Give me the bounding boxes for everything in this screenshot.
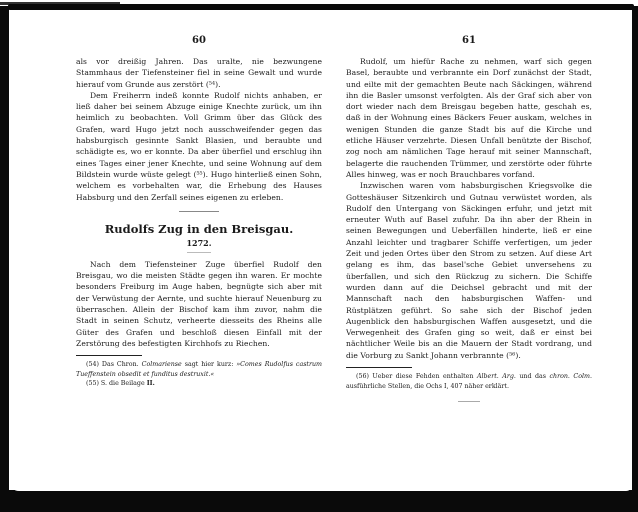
footnote-latin: Colmariense: [142, 361, 182, 368]
paragraph: Nach dem Tiefensteiner Zuge überfiel Rud…: [76, 259, 322, 349]
section-body: Nach dem Tiefensteiner Zuge überfiel Rud…: [76, 259, 322, 349]
footnote-56: (56) Ueber diese Fehden enthalten Albert…: [346, 372, 592, 391]
footnote-text: und das: [516, 373, 550, 380]
footnote-55: (55) S. die Beilage II.: [76, 379, 322, 389]
footnote-text: (55) S. die Beilage: [86, 380, 147, 387]
paragraph: Rudolf, um hiefür Rache zu nehmen, warf …: [346, 56, 592, 180]
page-number: 61: [346, 35, 592, 46]
right-page: 61 Rudolf, um hiefür Rache zu nehmen, wa…: [346, 35, 592, 402]
footnote-latin: chron. Colm.: [549, 373, 592, 380]
scan-edge-right: [632, 6, 638, 506]
footnote-rule: [346, 367, 412, 368]
left-page: 60 als vor dreißig Jahren. Das uralte, n…: [76, 35, 322, 389]
footnotes: (54) Das Chron. Colmariense sagt hier ku…: [76, 360, 322, 389]
section-title: Rudolfs Zug in den Breisgau.: [76, 222, 322, 236]
footnote-text: sagt hier kurz:: [182, 361, 237, 368]
footnote-rule: [76, 355, 142, 356]
section-divider: [179, 211, 219, 212]
footnote-bold: II.: [147, 380, 155, 387]
footnote-text: (56) Ueber diese Fehden enthalten: [356, 373, 477, 380]
scan-edge-left: [0, 6, 9, 496]
paragraph: Dem Freiherrn indeß konnte Rudolf nichts…: [76, 90, 322, 203]
footnote-text: ausführliche Stellen, die Ochs I, 407 nä…: [346, 383, 509, 390]
page-number: 60: [76, 35, 322, 46]
paragraph: Inzwischen waren vom habsburgischen Krie…: [346, 180, 592, 361]
body-text: als vor dreißig Jahren. Das uralte, nie …: [76, 56, 322, 203]
footnote-54: (54) Das Chron. Colmariense sagt hier ku…: [76, 360, 322, 379]
scan-edge-bottom: [0, 490, 638, 512]
footnotes: (56) Ueber diese Fehden enthalten Albert…: [346, 372, 592, 391]
body-text: Rudolf, um hiefür Rache zu nehmen, warf …: [346, 56, 592, 361]
footnote-latin: Albert. Arg.: [477, 373, 516, 380]
scan-edge-top: [8, 4, 634, 10]
end-rule: [458, 401, 480, 402]
section-year: 1272.: [76, 238, 322, 248]
title-divider: [187, 252, 211, 253]
paragraph: als vor dreißig Jahren. Das uralte, nie …: [76, 56, 322, 90]
footnote-text: (54) Das Chron.: [86, 361, 142, 368]
